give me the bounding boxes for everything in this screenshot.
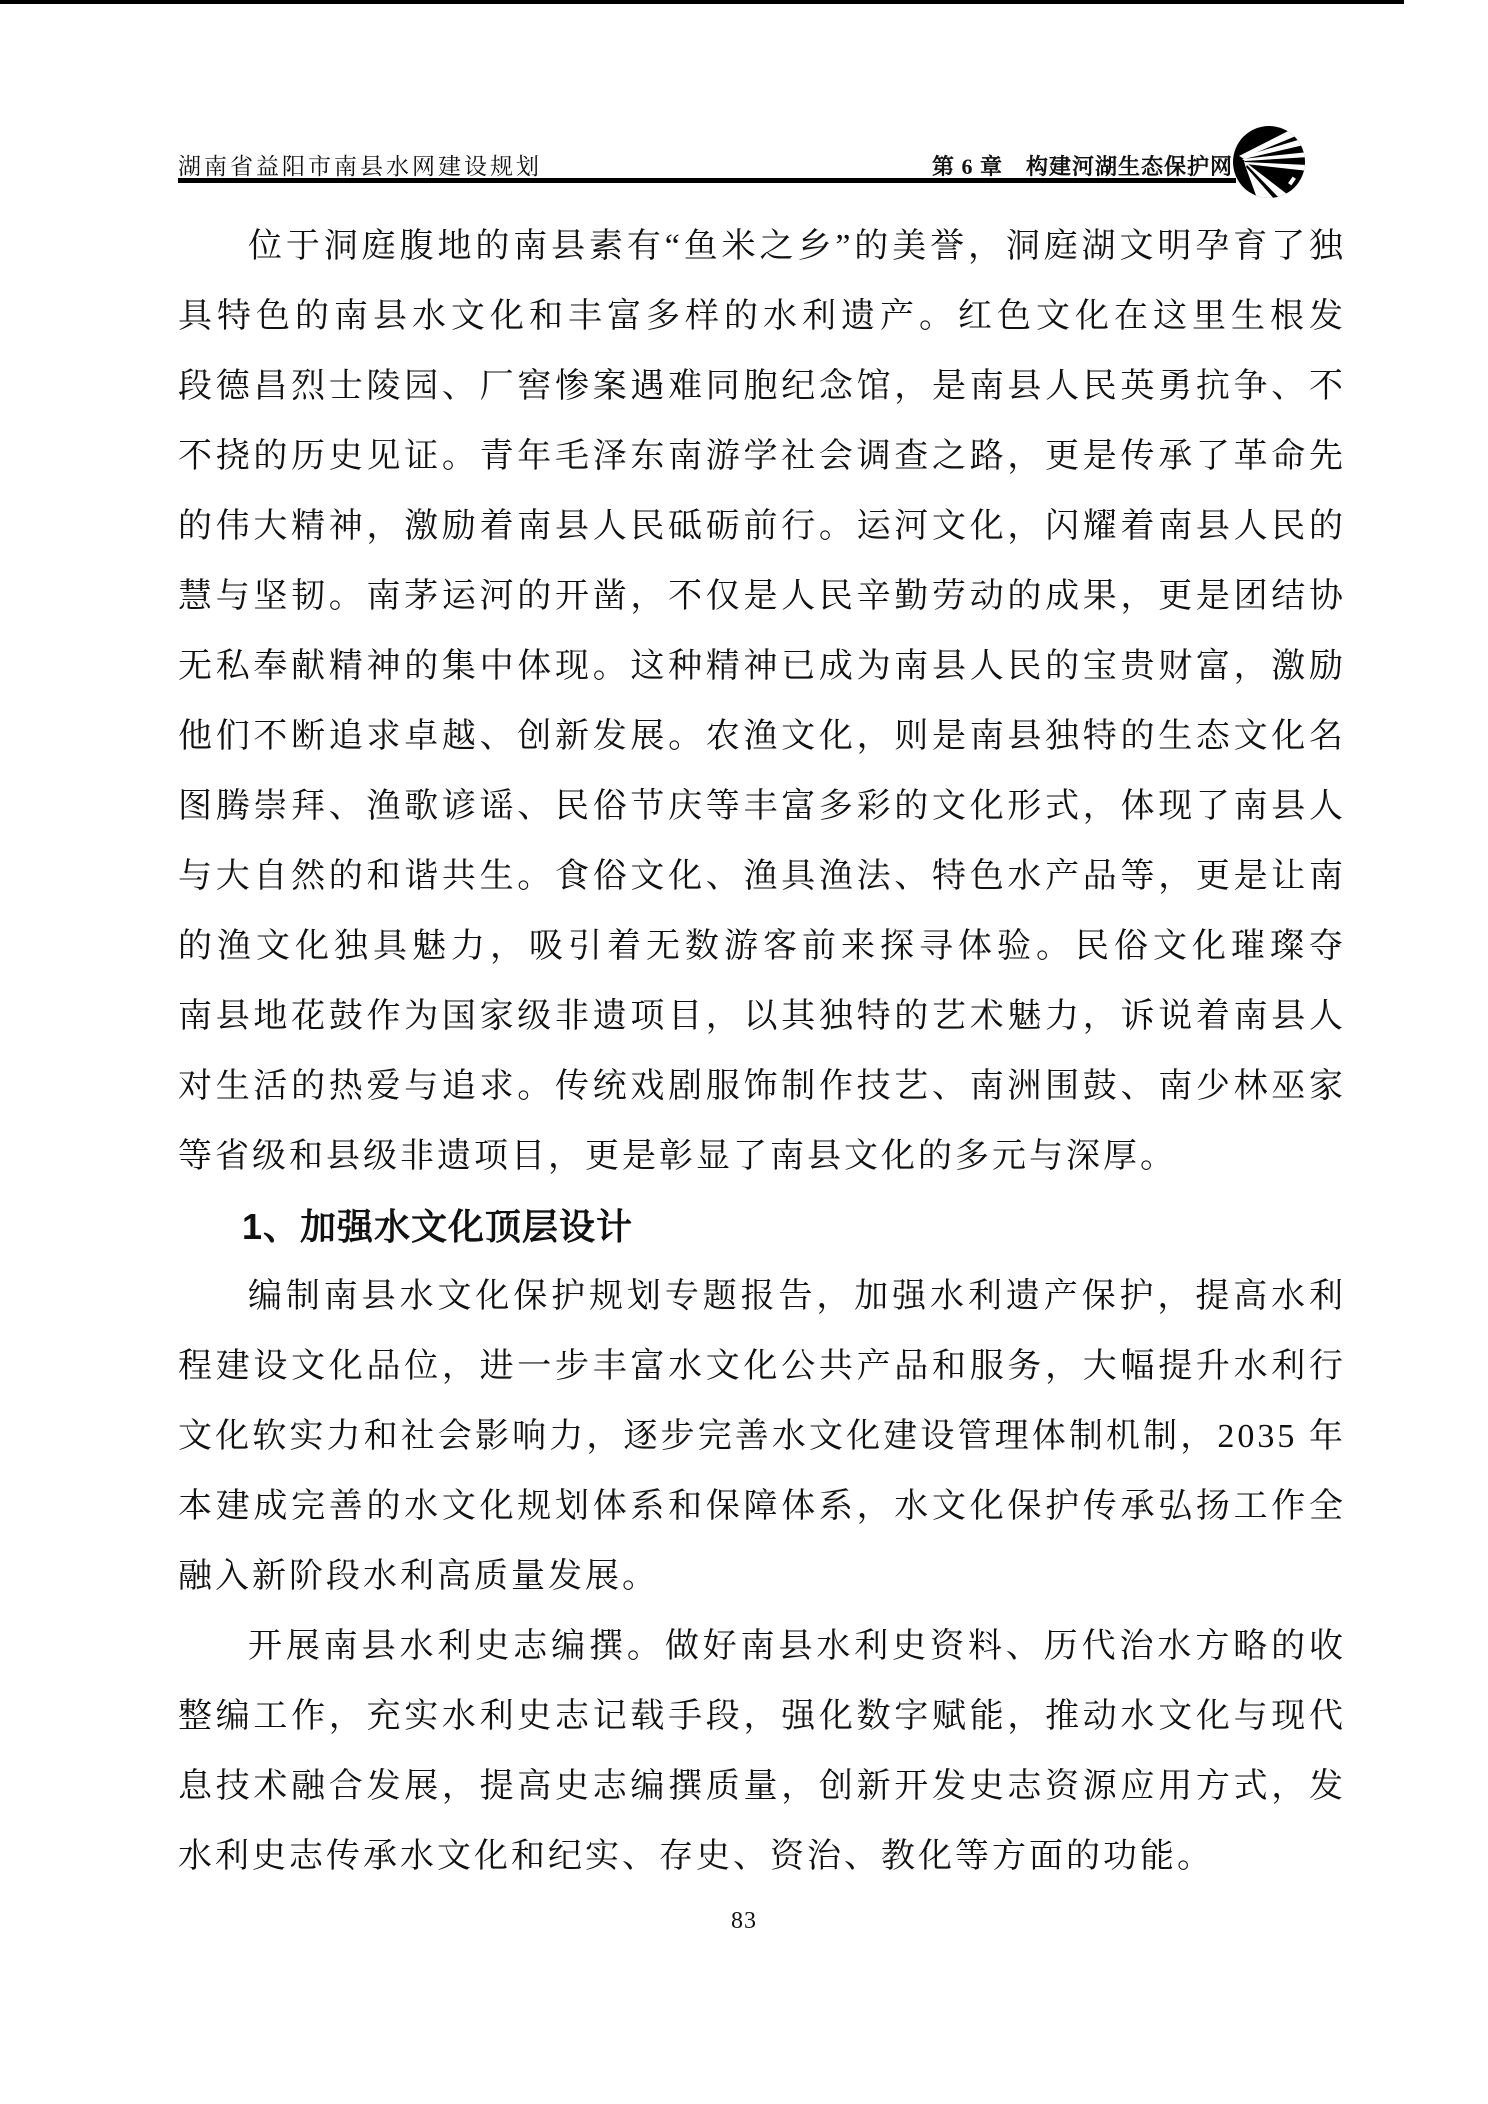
text-line: 位于洞庭腹地的南县素有“鱼米之乡”的美誉，洞庭湖文明孕育了独: [178, 212, 1346, 282]
text-line: 段德昌烈士陵园、厂窖惨案遇难同胞纪念馆，是南县人民英勇抗争、不屈: [178, 352, 1346, 422]
header-left-title: 湖南省益阳市南县水网建设规划: [178, 148, 542, 181]
header-right-chapter-title: 第 6 章 构建河湖生态保护网: [932, 150, 1233, 181]
text-line: 无私奉献精神的集中体现。这种精神已成为南县人民的宝贵财富，激励着: [178, 632, 1346, 702]
road-emblem-icon: [1232, 125, 1306, 199]
text-line: 文化软实力和社会影响力，逐步完善水文化建设管理体制机制，2035 年基: [178, 1402, 1346, 1472]
text-line: 本建成完善的水文化规划体系和保障体系，水文化保护传承弘扬工作全面: [178, 1472, 1346, 1542]
text-line: 慧与坚韧。南茅运河的开凿，不仅是人民辛勤劳动的成果，更是团结协作、: [178, 562, 1346, 632]
text-line: 他们不断追求卓越、创新发展。农渔文化，则是南县独特的生态文化名片。: [178, 702, 1346, 772]
text-line: 编制南县水文化保护规划专题报告，加强水利遗产保护，提高水利工: [178, 1262, 1346, 1332]
text-line: 的伟大精神，激励着南县人民砥砺前行。运河文化，闪耀着南县人民的智: [178, 492, 1346, 562]
text-line: 图腾崇拜、渔歌谚谣、民俗节庆等丰富多彩的文化形式，体现了南县人民: [178, 772, 1346, 842]
header-rule: [178, 178, 1236, 183]
document-page: 湖南省益阳市南县水网建设规划 第 6 章 构建河湖生态保护网: [0, 0, 1488, 2104]
text-line: 开展南县水利史志编撰。做好南县水利史资料、历代治水方略的收集: [178, 1612, 1346, 1682]
document-body: 位于洞庭腹地的南县素有“鱼米之乡”的美誉，洞庭湖文明孕育了独具特色的南县水文化和…: [178, 212, 1346, 1892]
section-heading: 1、加强水文化顶层设计: [178, 1192, 1346, 1262]
text-line: 程建设文化品位，进一步丰富水文化公共产品和服务，大幅提升水利行业: [178, 1332, 1346, 1402]
page-number: 83: [731, 1908, 757, 1934]
text-line: 具特色的南县水文化和丰富多样的水利遗产。红色文化在这里生根发芽，: [178, 282, 1346, 352]
text-line: 息技术融合发展，提高史志编撰质量，创新开发史志资源应用方式，发挥: [178, 1752, 1346, 1822]
text-line: 不挠的历史见证。青年毛泽东南游学社会调查之路，更是传承了革命先烈: [178, 422, 1346, 492]
scan-edge-artifact: [0, 0, 1404, 4]
text-line: 水利史志传承水文化和纪实、存史、资治、教化等方面的功能。: [178, 1822, 1346, 1892]
text-line: 等省级和县级非遗项目，更是彰显了南县文化的多元与深厚。: [178, 1122, 1346, 1192]
text-line: 整编工作，充实水利史志记载手段，强化数字赋能，推动水文化与现代信: [178, 1682, 1346, 1752]
text-line: 与大自然的和谐共生。食俗文化、渔具渔法、特色水产品等，更是让南县: [178, 842, 1346, 912]
text-line: 的渔文化独具魅力，吸引着无数游客前来探寻体验。民俗文化璀璨夺目，: [178, 912, 1346, 982]
text-line: 南县地花鼓作为国家级非遗项目，以其独特的艺术魅力，诉说着南县人民: [178, 982, 1346, 1052]
text-line: 融入新阶段水利高质量发展。: [178, 1542, 1346, 1612]
text-line: 对生活的热爱与追求。传统戏剧服饰制作技艺、南洲围鼓、南少林巫家拳: [178, 1052, 1346, 1122]
